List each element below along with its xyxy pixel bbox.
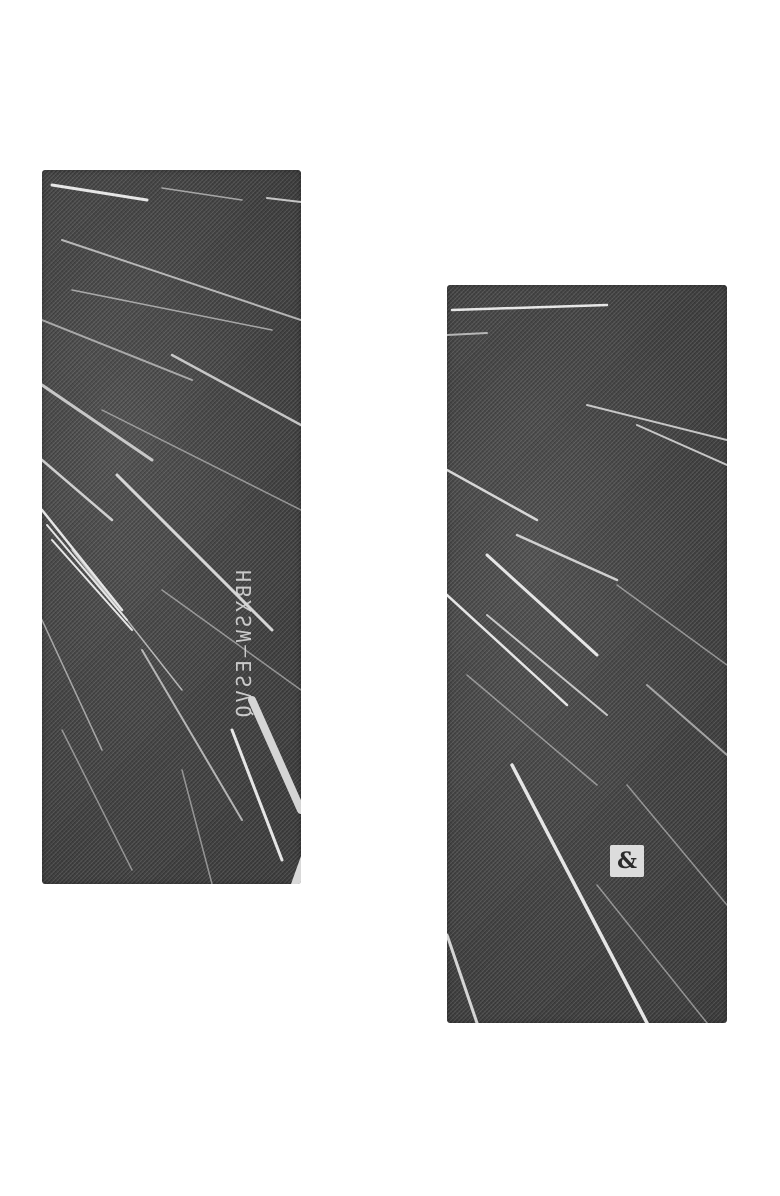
left-fabric-piece: HBXSW—ESVQ bbox=[42, 170, 301, 884]
streak-pattern bbox=[447, 285, 727, 1023]
woven-text: HBXSW—ESVQ bbox=[232, 570, 256, 720]
streak-pattern bbox=[42, 170, 301, 884]
right-fabric-piece: & bbox=[447, 285, 727, 1023]
ampersand-label-tag: & bbox=[610, 845, 644, 877]
corner-fold bbox=[291, 856, 301, 884]
